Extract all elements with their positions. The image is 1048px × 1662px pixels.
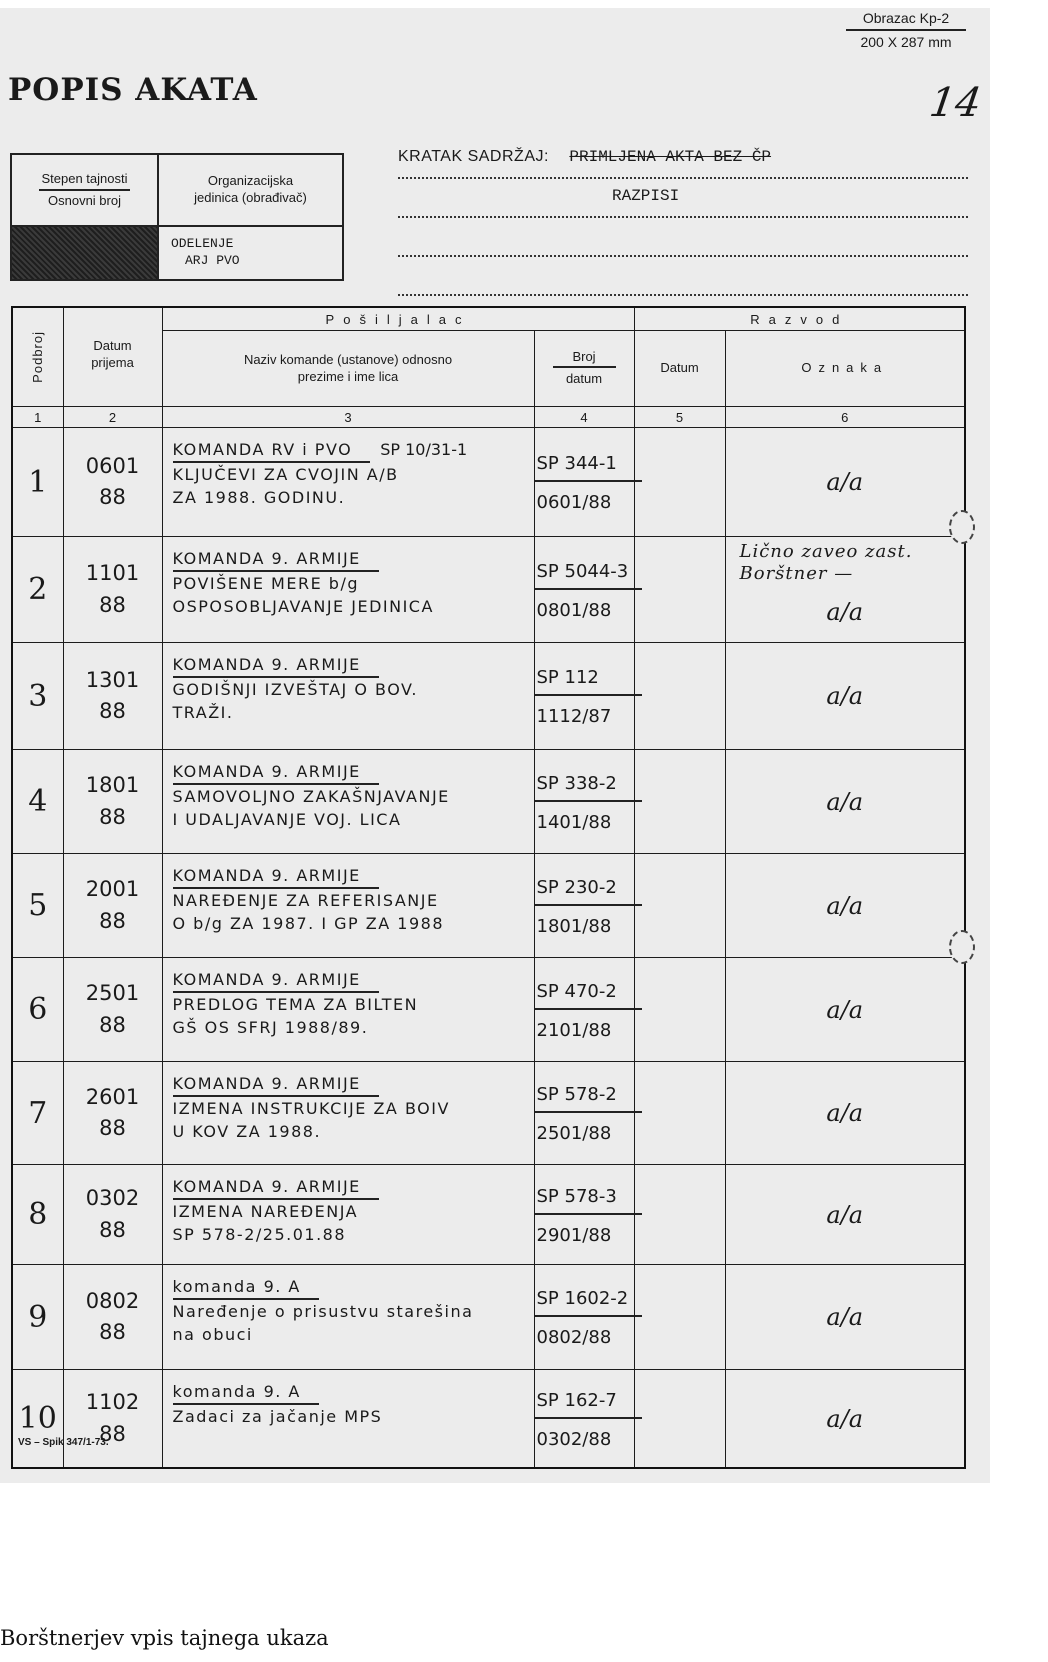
mark-value: a/a — [726, 682, 964, 710]
mark-cell: a/a — [725, 643, 965, 750]
sender-content-cell: komanda 9. AZadaci za jačanje MPS — [162, 1370, 534, 1469]
table-row: 4180188KOMANDA 9. ARMIJESAMOVOLJNO ZAKAŠ… — [12, 750, 965, 854]
org-unit-label-2: jedinica (obrađivač) — [194, 190, 307, 207]
col-number: 6 — [725, 407, 965, 428]
receipt-date-year: 88 — [64, 1010, 162, 1042]
receipt-date-ddmm: 1801 — [64, 770, 162, 802]
org-unit-label-cell: Organizacijska jedinica (obrađivač) — [159, 155, 342, 227]
org-unit-value-2: ARJ PVO — [171, 253, 240, 270]
number-date-cell: SP 578-22501/88 — [534, 1062, 634, 1165]
mark-value: a/a — [726, 1405, 964, 1433]
content-line-1: PREDLOG TEMA ZA BILTEN — [173, 993, 524, 1016]
sender-content-cell: KOMANDA 9. ARMIJEPREDLOG TEMA ZA BILTENG… — [162, 958, 534, 1062]
receipt-date-year: 88 — [64, 906, 162, 938]
col-datum-prijema-1: Datum — [64, 338, 162, 355]
content-line-2: O b/g ZA 1987. I GP ZA 1988 — [173, 912, 524, 935]
sender-name: KOMANDA 9. ARMIJE — [173, 653, 379, 678]
org-unit-value-1: ODELENJE — [171, 236, 233, 253]
distribution-date-cell — [634, 1265, 725, 1370]
mark-cell: a/a — [725, 958, 965, 1062]
sender-name: KOMANDA RV i PVO — [173, 438, 371, 463]
number-date-cell: SP 470-22101/88 — [534, 958, 634, 1062]
table-row: 1060188KOMANDA RV i PVOSP 10/31-1KLJUČEV… — [12, 428, 965, 537]
content-line-2: GŠ OS SFRJ 1988/89. — [173, 1016, 524, 1039]
receipt-date-cell: 060188 — [63, 428, 162, 537]
number-date-cell: SP 338-21401/88 — [534, 750, 634, 854]
content-line-1: GODIŠNJI IZVEŠTAJ O BOV. — [173, 678, 524, 701]
content-line-2: TRAŽI. — [173, 701, 524, 724]
number-date-cell: SP 578-32901/88 — [534, 1165, 634, 1265]
col-number: 1 — [12, 407, 63, 428]
mark-cell: a/a — [725, 1165, 965, 1265]
form-print-code: VS – Spik 347/1-73. — [18, 1437, 109, 1448]
document-number: SP 230-2 — [535, 869, 642, 906]
mark-cell: a/a — [725, 428, 965, 537]
receipt-date-ddmm: 0601 — [64, 451, 162, 483]
sender-content-cell: KOMANDA 9. ARMIJEPOVIŠENE MERE b/gOSPOSO… — [162, 537, 534, 643]
distribution-date-cell — [634, 958, 725, 1062]
table-row: 10110288komanda 9. AZadaci za jačanje MP… — [12, 1370, 965, 1469]
sender-name: KOMANDA 9. ARMIJE — [173, 760, 379, 785]
mark-value: a/a — [726, 1099, 964, 1127]
content-line-1: KLJUČEVI ZA CVOJIN A/B — [173, 463, 524, 486]
redacted-secrecy-value — [12, 227, 159, 279]
form-size: 200 X 287 mm — [846, 31, 966, 50]
receipt-date-year: 88 — [64, 1215, 162, 1247]
basic-number-label: Osnovni broj — [48, 193, 121, 210]
summary-line-1: KRATAK SADRŽAJ: PRIMLJENA AKTA BEZ ČP — [398, 148, 968, 179]
mark-cell: a/a — [725, 1265, 965, 1370]
summary-value-1: PRIMLJENA AKTA BEZ ČP — [569, 148, 771, 166]
col-number: 2 — [63, 407, 162, 428]
document-date: 0601/88 — [535, 482, 634, 519]
table-row: 5200188KOMANDA 9. ARMIJENAREĐENJE ZA REF… — [12, 854, 965, 958]
col-number: 5 — [634, 407, 725, 428]
summary-label: KRATAK SADRŽAJ: — [398, 148, 549, 165]
content-line-2: U KOV ZA 1988. — [173, 1120, 524, 1143]
content-line-1: IZMENA NAREĐENJA — [173, 1200, 524, 1223]
receipt-date-year: 88 — [64, 696, 162, 728]
receipt-date-year: 88 — [64, 1113, 162, 1145]
podbroj-cell: 9 — [12, 1265, 63, 1370]
sender-name: komanda 9. A — [173, 1275, 319, 1300]
podbroj-cell: 10 — [12, 1370, 63, 1469]
sender-reference: SP 10/31-1 — [380, 440, 467, 459]
receipt-date-cell: 200188 — [63, 854, 162, 958]
podbroj-cell: 4 — [12, 750, 63, 854]
document-date: 2501/88 — [535, 1113, 634, 1150]
document-date: 0302/88 — [535, 1419, 634, 1456]
punch-hole-mark — [949, 930, 975, 964]
summary-line-3 — [398, 226, 968, 257]
sender-content-cell: komanda 9. ANaređenje o prisustvu stareš… — [162, 1265, 534, 1370]
col-broj-datum: Broj datum — [534, 331, 634, 407]
document-number: SP 470-2 — [535, 973, 642, 1010]
number-date-cell: SP 344-10601/88 — [534, 428, 634, 537]
mark-value: a/a — [726, 996, 964, 1024]
number-date-cell: SP 1602-20802/88 — [534, 1265, 634, 1370]
distribution-date-cell — [634, 1062, 725, 1165]
sender-name: KOMANDA 9. ARMIJE — [173, 547, 379, 572]
number-date-cell: SP 162-70302/88 — [534, 1370, 634, 1469]
number-date-cell: SP 230-21801/88 — [534, 854, 634, 958]
col-podbroj: Podbroj — [12, 307, 63, 407]
mark-cell: a/a — [725, 1062, 965, 1165]
document-date: 1801/88 — [535, 906, 634, 943]
mark-cell: a/a — [725, 854, 965, 958]
secrecy-label-cell: Stepen tajnosti Osnovni broj — [12, 155, 159, 227]
document-number: SP 578-2 — [535, 1076, 642, 1113]
document-date: 2101/88 — [535, 1010, 634, 1047]
podbroj-cell: 6 — [12, 958, 63, 1062]
receipt-date-cell: 030288 — [63, 1165, 162, 1265]
number-date-cell: SP 1121112/87 — [534, 643, 634, 750]
form-code: Obrazac Kp-2 — [846, 10, 966, 31]
distribution-date-cell — [634, 428, 725, 537]
sender-content-cell: KOMANDA 9. ARMIJENAREĐENJE ZA REFERISANJ… — [162, 854, 534, 958]
summary-line-2: RAZPISI — [398, 187, 968, 218]
org-unit-value: ODELENJE ARJ PVO — [159, 227, 342, 279]
summary-section: KRATAK SADRŽAJ: PRIMLJENA AKTA BEZ ČP RA… — [398, 148, 968, 304]
sender-content-cell: KOMANDA RV i PVOSP 10/31-1KLJUČEVI ZA CV… — [162, 428, 534, 537]
sender-content-cell: KOMANDA 9. ARMIJEIZMENA INSTRUKCIJE ZA B… — [162, 1062, 534, 1165]
document-number: SP 338-2 — [535, 765, 642, 802]
mark-value: a/a — [726, 788, 964, 816]
mark-cell: a/a — [725, 750, 965, 854]
col-number: 3 — [162, 407, 534, 428]
col-naziv-1: Naziv komande (ustanove) odnosno — [163, 352, 534, 369]
content-line-1: NAREĐENJE ZA REFERISANJE — [173, 889, 524, 912]
distribution-date-cell — [634, 750, 725, 854]
content-line-2: ZA 1988. GODINU. — [173, 486, 524, 509]
sender-content-cell: KOMANDA 9. ARMIJEIZMENA NAREĐENJASP 578-… — [162, 1165, 534, 1265]
punch-hole-mark — [949, 510, 975, 544]
document-number: SP 578-3 — [535, 1178, 642, 1215]
col-oznaka: Oznaka — [725, 331, 965, 407]
mark-value: a/a — [726, 892, 964, 920]
number-date-cell: SP 5044-30801/88 — [534, 537, 634, 643]
col-naziv: Naziv komande (ustanove) odnosno prezime… — [162, 331, 534, 407]
col-number: 4 — [534, 407, 634, 428]
header-box: Stepen tajnosti Osnovni broj Organizacij… — [10, 153, 344, 281]
podbroj-cell: 5 — [12, 854, 63, 958]
receipt-date-ddmm: 2501 — [64, 978, 162, 1010]
document-date: 1401/88 — [535, 802, 634, 839]
receipt-date-ddmm: 0802 — [64, 1286, 162, 1318]
receipt-date-cell: 130188 — [63, 643, 162, 750]
image-caption: Borštnerjev vpis tajnega ukaza — [0, 1626, 329, 1650]
mark-cell: Lično zaveo zast. Borštner —a/a — [725, 537, 965, 643]
summary-value-2: RAZPISI — [612, 187, 679, 205]
receipt-date-cell: 180188 — [63, 750, 162, 854]
receipt-date-year: 88 — [64, 1317, 162, 1349]
col-broj: Broj — [553, 349, 616, 368]
handwritten-note: Lično zaveo zast. Borštner — — [740, 541, 964, 584]
receipt-date-year: 88 — [64, 482, 162, 514]
podbroj-cell: 2 — [12, 537, 63, 643]
receipt-date-ddmm: 1102 — [64, 1387, 162, 1419]
register-table: Podbroj Datum prijema Pošiljalac Razvod … — [11, 306, 966, 1469]
document-date: 0802/88 — [535, 1317, 634, 1354]
col-naziv-2: prezime i ime lica — [163, 369, 534, 386]
receipt-date-ddmm: 0302 — [64, 1183, 162, 1215]
distribution-date-cell — [634, 643, 725, 750]
document-title: POPIS AKATA — [8, 72, 258, 108]
podbroj-cell: 8 — [12, 1165, 63, 1265]
col-datum-prijema: Datum prijema — [63, 307, 162, 407]
receipt-date-ddmm: 1101 — [64, 558, 162, 590]
sender-name: KOMANDA 9. ARMIJE — [173, 1072, 379, 1097]
page-number: 14 — [927, 80, 984, 126]
table-row: 6250188KOMANDA 9. ARMIJEPREDLOG TEMA ZA … — [12, 958, 965, 1062]
sender-name: KOMANDA 9. ARMIJE — [173, 968, 379, 993]
document-number: SP 162-7 — [535, 1382, 642, 1419]
group-distribution: Razvod — [634, 307, 965, 331]
distribution-date-cell — [634, 537, 725, 643]
sender-name: KOMANDA 9. ARMIJE — [173, 864, 379, 889]
document-date: 1112/87 — [535, 696, 634, 733]
mark-cell: a/a — [725, 1370, 965, 1469]
content-line-2: SP 578-2/25.01.88 — [173, 1223, 524, 1246]
receipt-date-cell: 250188 — [63, 958, 162, 1062]
receipt-date-year: 88 — [64, 802, 162, 834]
content-line-1: IZMENA INSTRUKCIJE ZA BOIV — [173, 1097, 524, 1120]
distribution-date-cell — [634, 1165, 725, 1265]
receipt-date-cell: 260188 — [63, 1062, 162, 1165]
document-date: 2901/88 — [535, 1215, 634, 1252]
col-podbroj-label: Podbroj — [30, 331, 45, 383]
form-identifier: Obrazac Kp-2 200 X 287 mm — [846, 10, 966, 50]
content-line-1: POVIŠENE MERE b/g — [173, 572, 524, 595]
podbroj-cell: 7 — [12, 1062, 63, 1165]
table-row: 9080288komanda 9. ANaređenje o prisustvu… — [12, 1265, 965, 1370]
content-line-1: Zadaci za jačanje MPS — [173, 1405, 524, 1428]
mark-value: a/a — [726, 1201, 964, 1229]
receipt-date-cell: 110188 — [63, 537, 162, 643]
table-row: 3130188KOMANDA 9. ARMIJEGODIŠNJI IZVEŠTA… — [12, 643, 965, 750]
document-number: SP 5044-3 — [535, 553, 642, 590]
podbroj-cell: 3 — [12, 643, 63, 750]
sender-content-cell: KOMANDA 9. ARMIJESAMOVOLJNO ZAKAŠNJAVANJ… — [162, 750, 534, 854]
summary-line-4 — [398, 265, 968, 296]
table-row: 8030288KOMANDA 9. ARMIJEIZMENA NAREĐENJA… — [12, 1165, 965, 1265]
sender-name: KOMANDA 9. ARMIJE — [173, 1175, 379, 1200]
document-number: SP 344-1 — [535, 445, 642, 482]
podbroj-cell: 1 — [12, 428, 63, 537]
sender-content-cell: KOMANDA 9. ARMIJEGODIŠNJI IZVEŠTAJ O BOV… — [162, 643, 534, 750]
table-row: 7260188KOMANDA 9. ARMIJEIZMENA INSTRUKCI… — [12, 1062, 965, 1165]
content-line-2: I UDALJAVANJE VOJ. LICA — [173, 808, 524, 831]
document-date: 0801/88 — [535, 590, 634, 627]
distribution-date-cell — [634, 1370, 725, 1469]
col-datum-prijema-2: prijema — [64, 355, 162, 372]
document-number: SP 112 — [535, 659, 642, 696]
col-razvod-datum: Datum — [634, 331, 725, 407]
content-line-1: SAMOVOLJNO ZAKAŠNJAVANJE — [173, 785, 524, 808]
col-datum: datum — [535, 371, 634, 388]
content-line-2: OSPOSOBLJAVANJE JEDINICA — [173, 595, 524, 618]
mark-value: a/a — [726, 468, 964, 496]
distribution-date-cell — [634, 854, 725, 958]
org-unit-label-1: Organizacijska — [208, 173, 293, 190]
receipt-date-year: 88 — [64, 590, 162, 622]
receipt-date-ddmm: 1301 — [64, 665, 162, 697]
receipt-date-ddmm: 2601 — [64, 1082, 162, 1114]
group-sender: Pošiljalac — [162, 307, 634, 331]
secrecy-label: Stepen tajnosti — [39, 171, 129, 191]
table-row: 2110188KOMANDA 9. ARMIJEPOVIŠENE MERE b/… — [12, 537, 965, 643]
content-line-2: na obuci — [173, 1323, 524, 1346]
receipt-date-cell: 110288 — [63, 1370, 162, 1469]
column-number-row: 1 2 3 4 5 6 — [12, 407, 965, 428]
document-number: SP 1602-2 — [535, 1280, 642, 1317]
receipt-date-ddmm: 2001 — [64, 874, 162, 906]
mark-value: a/a — [726, 1303, 964, 1331]
content-line-1: Naređenje o prisustvu starešina — [173, 1300, 524, 1323]
register-rows: 1060188KOMANDA RV i PVOSP 10/31-1KLJUČEV… — [12, 428, 965, 1469]
sender-name: komanda 9. A — [173, 1380, 319, 1405]
receipt-date-cell: 080288 — [63, 1265, 162, 1370]
